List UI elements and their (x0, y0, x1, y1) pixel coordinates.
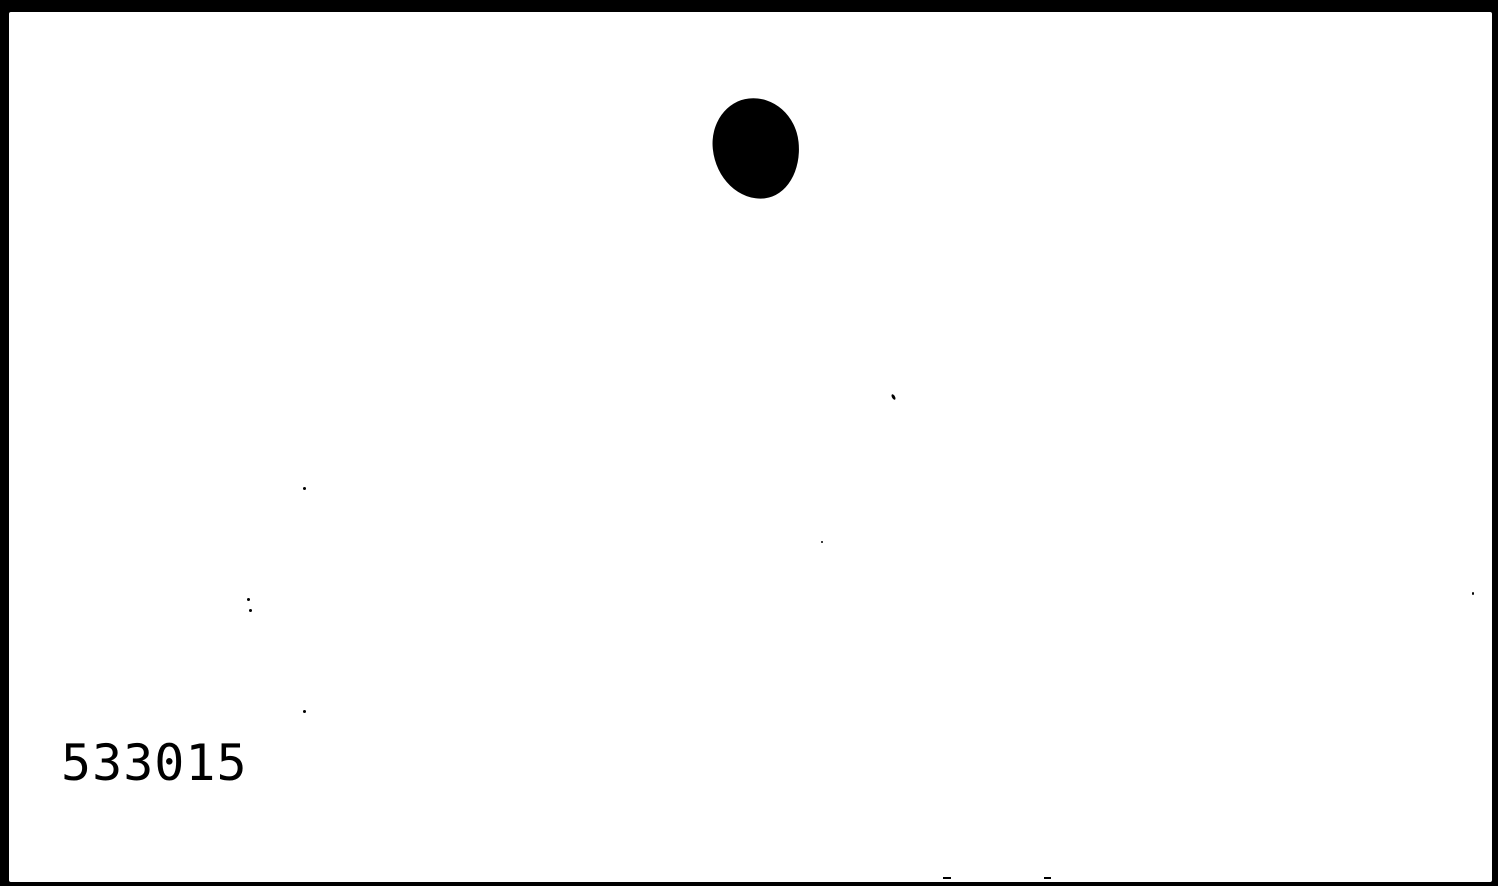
scan-speck (303, 487, 306, 490)
punch-hole (708, 94, 804, 203)
scanned-card: 533015 (9, 12, 1492, 882)
scan-speck (891, 394, 897, 401)
edge-mark (1044, 877, 1051, 879)
scan-speck (247, 598, 250, 601)
scan-speck (303, 710, 306, 713)
edge-mark (943, 877, 951, 879)
scan-speck (249, 609, 252, 612)
scan-speck (1472, 592, 1474, 595)
document-number: 533015 (61, 738, 248, 788)
scan-speck (821, 541, 823, 543)
